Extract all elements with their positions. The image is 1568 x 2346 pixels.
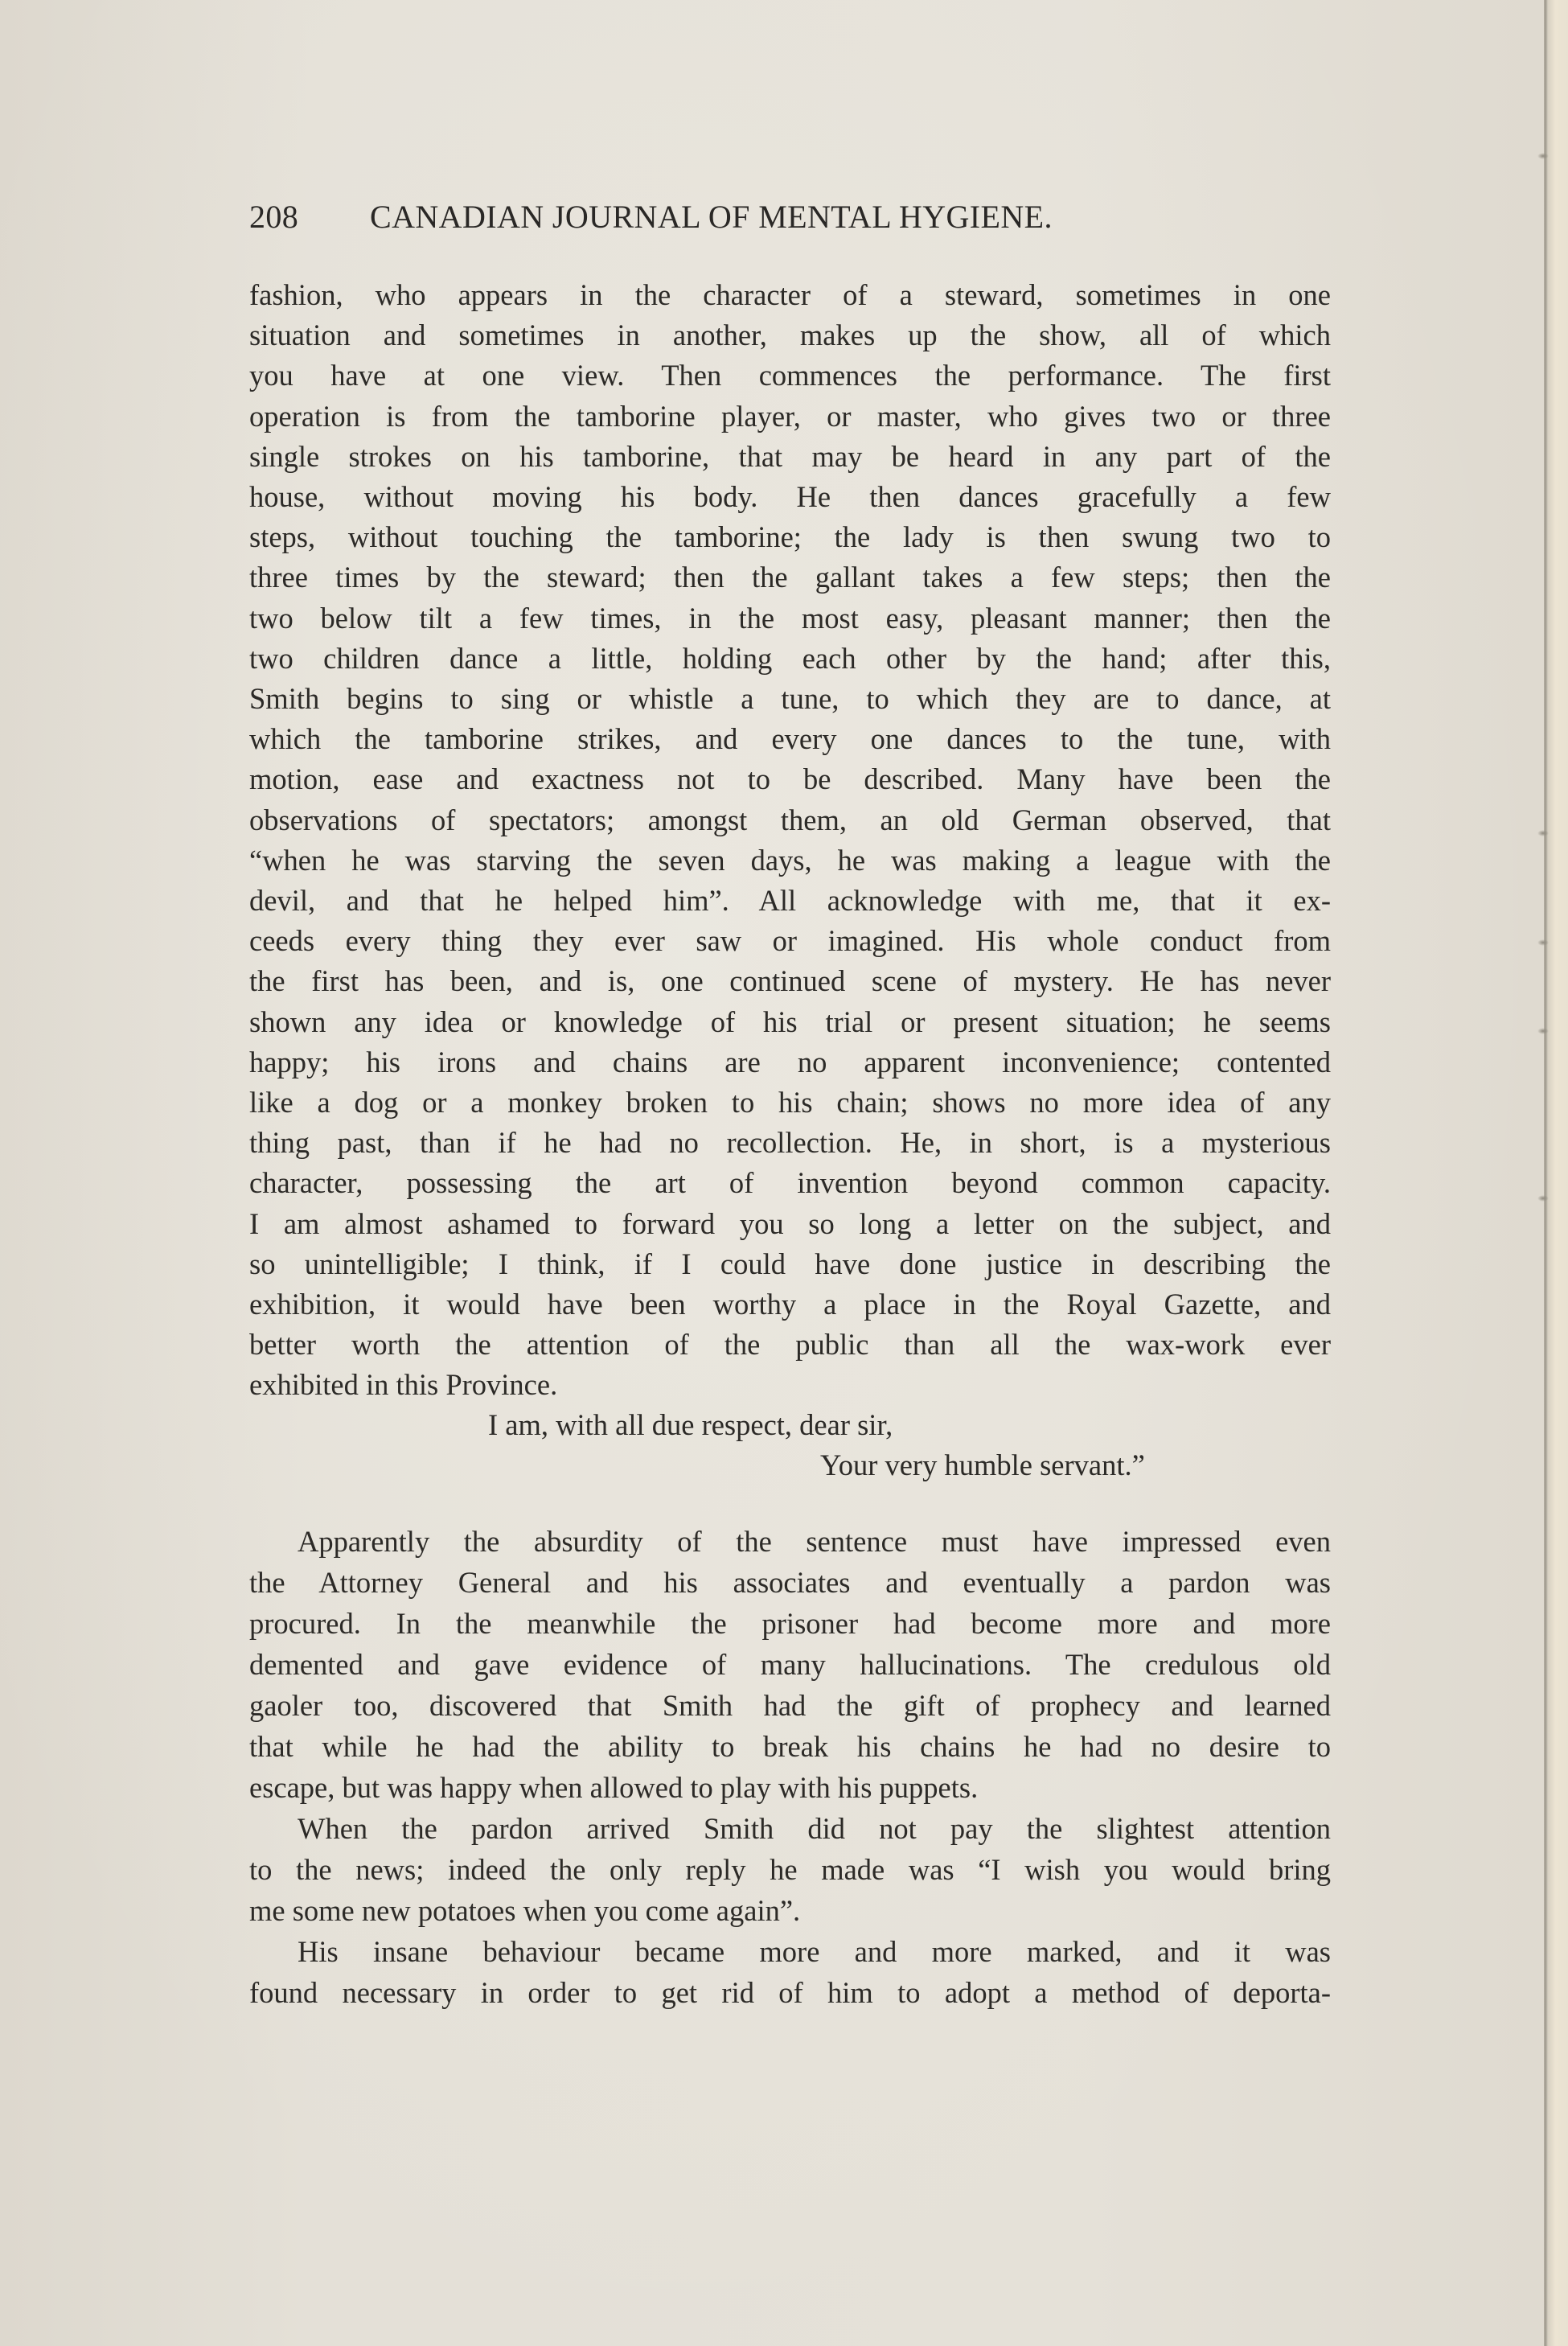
text-line: the first has been, and is, one continue… [249,961,1331,1001]
text-line: steps, without touching the tamborine; t… [249,517,1331,557]
text-line: Smith begins to sing or whistle a tune, … [249,679,1331,719]
text-line: three times by the steward; then the gal… [249,557,1331,598]
page-number: 208 [249,198,370,236]
paragraph-first-line: When the pardon arrived Smith did not pa… [298,1809,1331,1849]
text-line: exhibition, it would have been worthy a … [249,1284,1331,1325]
text-line: demented and gave evidence of many hallu… [249,1645,1331,1685]
letter-signature: Your very humble servant.” [820,1445,1145,1485]
text-line: motion, ease and exactness not to be des… [249,759,1331,799]
text-line: devil, and that he helped him”. All ackn… [249,881,1331,921]
edge-mark [1537,939,1549,946]
text-line: two below tilt a few times, in the most … [249,598,1331,639]
running-head: 208CANADIAN JOURNAL OF MENTAL HYGIENE. [249,198,1214,236]
edge-mark [1537,1195,1549,1202]
text-line: found necessary in order to get rid of h… [249,1973,1331,2013]
text-line: like a dog or a monkey broken to his cha… [249,1083,1331,1123]
text-line: to the news; indeed the only reply he ma… [249,1850,1331,1890]
text-line: house, without moving his body. He then … [249,477,1331,517]
edge-mark [1537,153,1549,159]
paragraph-first-line: His insane behaviour became more and mor… [298,1932,1331,1972]
text-line: operation is from the tamborine player, … [249,396,1331,437]
text-line: better worth the attention of the public… [249,1325,1331,1365]
text-line: gaoler too, discovered that Smith had th… [249,1686,1331,1726]
letter-closing: I am, with all due respect, dear sir, [488,1405,893,1445]
text-line: that while he had the ability to break h… [249,1727,1331,1767]
text-line: I am almost ashamed to forward you so lo… [249,1204,1331,1244]
text-line: procured. In the meanwhile the prisoner … [249,1604,1331,1644]
text-line: fashion, who appears in the character of… [249,275,1331,315]
text-line: observations of spectators; amongst them… [249,800,1331,840]
text-line: escape, but was happy when allowed to pl… [249,1768,1331,1808]
paragraph-first-line: Apparently the absurdity of the sentence… [298,1522,1331,1562]
text-line: the Attorney General and his associates … [249,1563,1331,1603]
journal-title: CANADIAN JOURNAL OF MENTAL HYGIENE. [370,199,1053,235]
text-line: shown any idea or knowledge of his trial… [249,1002,1331,1042]
text-line: single strokes on his tamborine, that ma… [249,437,1331,477]
text-line: you have at one view. Then commences the… [249,355,1331,396]
text-line: ceeds every thing they ever saw or imagi… [249,921,1331,961]
text-line: situation and sometimes in another, make… [249,315,1331,355]
text-line: “when he was starving the seven days, he… [249,840,1331,881]
text-line: me some new potatoes when you come again… [249,1891,1331,1931]
text-line: so unintelligible; I think, if I could h… [249,1244,1331,1284]
text-line: exhibited in this Province. [249,1365,1331,1405]
text-line: character, possessing the art of inventi… [249,1163,1331,1203]
text-line: happy; his irons and chains are no appar… [249,1042,1331,1083]
edge-mark [1537,1028,1549,1034]
text-line: which the tamborine strikes, and every o… [249,719,1331,759]
text-line: two children dance a little, holding eac… [249,639,1331,679]
text-line: thing past, than if he had no recollecti… [249,1123,1331,1163]
edge-mark [1537,830,1549,836]
page-edge [1544,0,1568,2346]
